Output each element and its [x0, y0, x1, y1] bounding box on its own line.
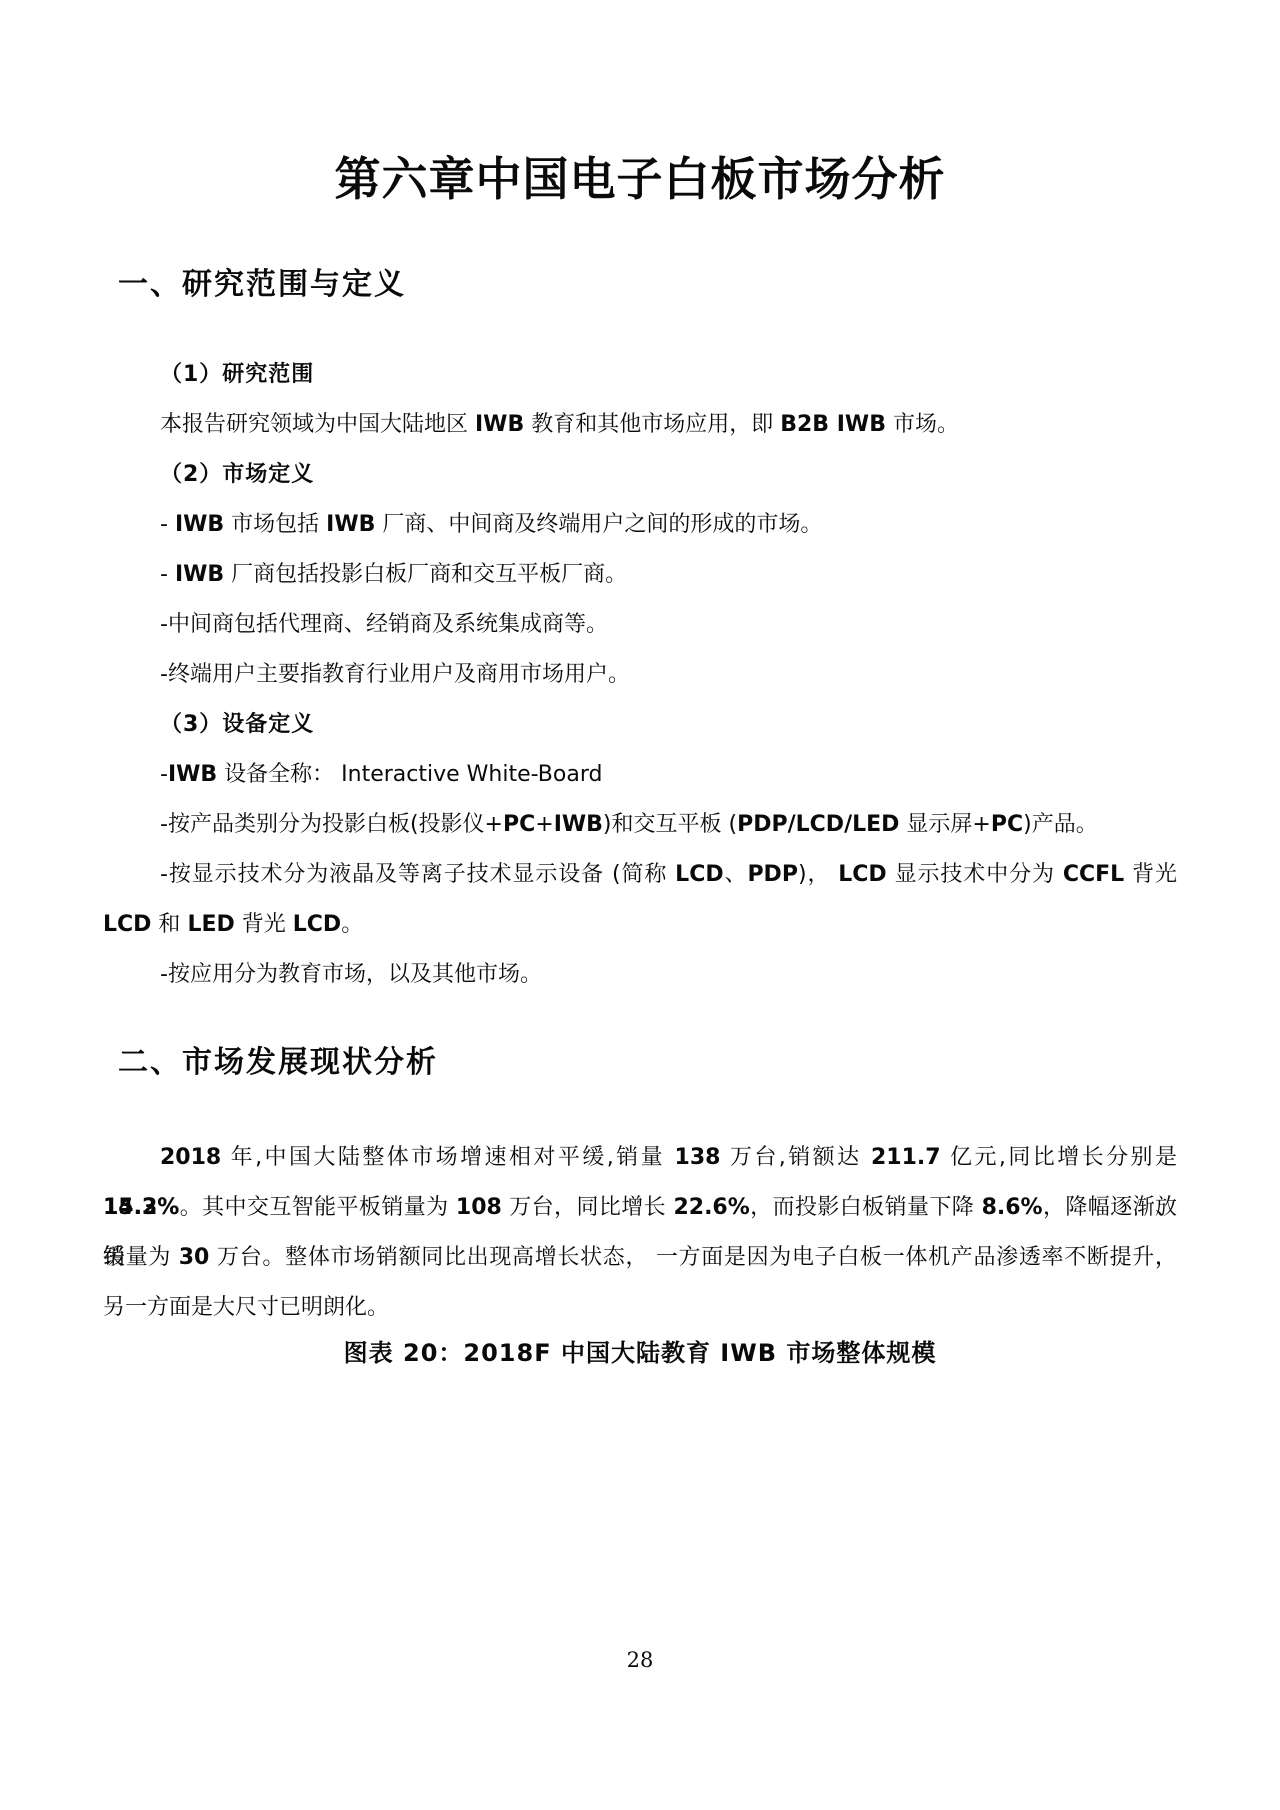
- section-1-text-line: -中间商包括代理商、经销商及系统集成商等。: [103, 600, 1177, 650]
- section-2-heading: 二、市场发展现状分析: [118, 1046, 438, 1079]
- section-1-heading: 一、研究范围与定义: [118, 268, 406, 301]
- section-1-text-line: -终端用户主要指教育行业用户及商用市场用户。: [103, 650, 1177, 700]
- section-1-text-line: -IWB 设备全称： Interactive White-Board: [103, 750, 1177, 800]
- section-1-subheading: （3）设备定义: [103, 700, 1177, 750]
- section-1-text-line: -按应用分为教育市场，以及其他市场。: [103, 950, 1177, 1000]
- document-page: 第六章中国电子白板市场分析 一、研究范围与定义 （1）研究范围本报告研究领域为中…: [0, 0, 1280, 1810]
- figure-caption: 图表 20：2018F 中国大陆教育 IWB 市场整体规模: [0, 1338, 1280, 1369]
- section-2-text-line: 15.3%。其中交互智能平板销量为 108 万台，同比增长 22.6%，而投影白…: [103, 1183, 1177, 1233]
- section-1-subheading: （1）研究范围: [103, 350, 1177, 400]
- section-2-text-line: 另一方面是大尺寸已明朗化。: [103, 1283, 1177, 1333]
- section-1-text-line: LCD 和 LED 背光 LCD。: [103, 900, 1177, 950]
- section-2-body: 2018 年,中国大陆整体市场增速相对平缓,销量 138 万台,销额达 211.…: [103, 1133, 1177, 1333]
- chapter-title: 第六章中国电子白板市场分析: [0, 153, 1280, 206]
- section-2-text-line: 2018 年,中国大陆整体市场增速相对平缓,销量 138 万台,销额达 211.…: [103, 1133, 1177, 1183]
- section-2-text-line: 销量为 30 万台。整体市场销额同比出现高增长状态， 一方面是因为电子白板一体机…: [103, 1233, 1177, 1283]
- section-1-text-line: - IWB 厂商包括投影白板厂商和交互平板厂商。: [103, 550, 1177, 600]
- section-1-text-line: 本报告研究领域为中国大陆地区 IWB 教育和其他市场应用，即 B2B IWB 市…: [103, 400, 1177, 450]
- section-1-body: （1）研究范围本报告研究领域为中国大陆地区 IWB 教育和其他市场应用，即 B2…: [103, 350, 1177, 1000]
- page-number: 28: [0, 1648, 1280, 1672]
- section-1-text-line: -按显示技术分为液晶及等离子技术显示设备 (简称 LCD、PDP)， LCD 显…: [103, 850, 1177, 900]
- section-1-subheading: （2）市场定义: [103, 450, 1177, 500]
- section-1-text-line: - IWB 市场包括 IWB 厂商、中间商及终端用户之间的形成的市场。: [103, 500, 1177, 550]
- section-1-text-line: -按产品类别分为投影白板(投影仪+PC+IWB)和交互平板 (PDP/LCD/L…: [103, 800, 1177, 850]
